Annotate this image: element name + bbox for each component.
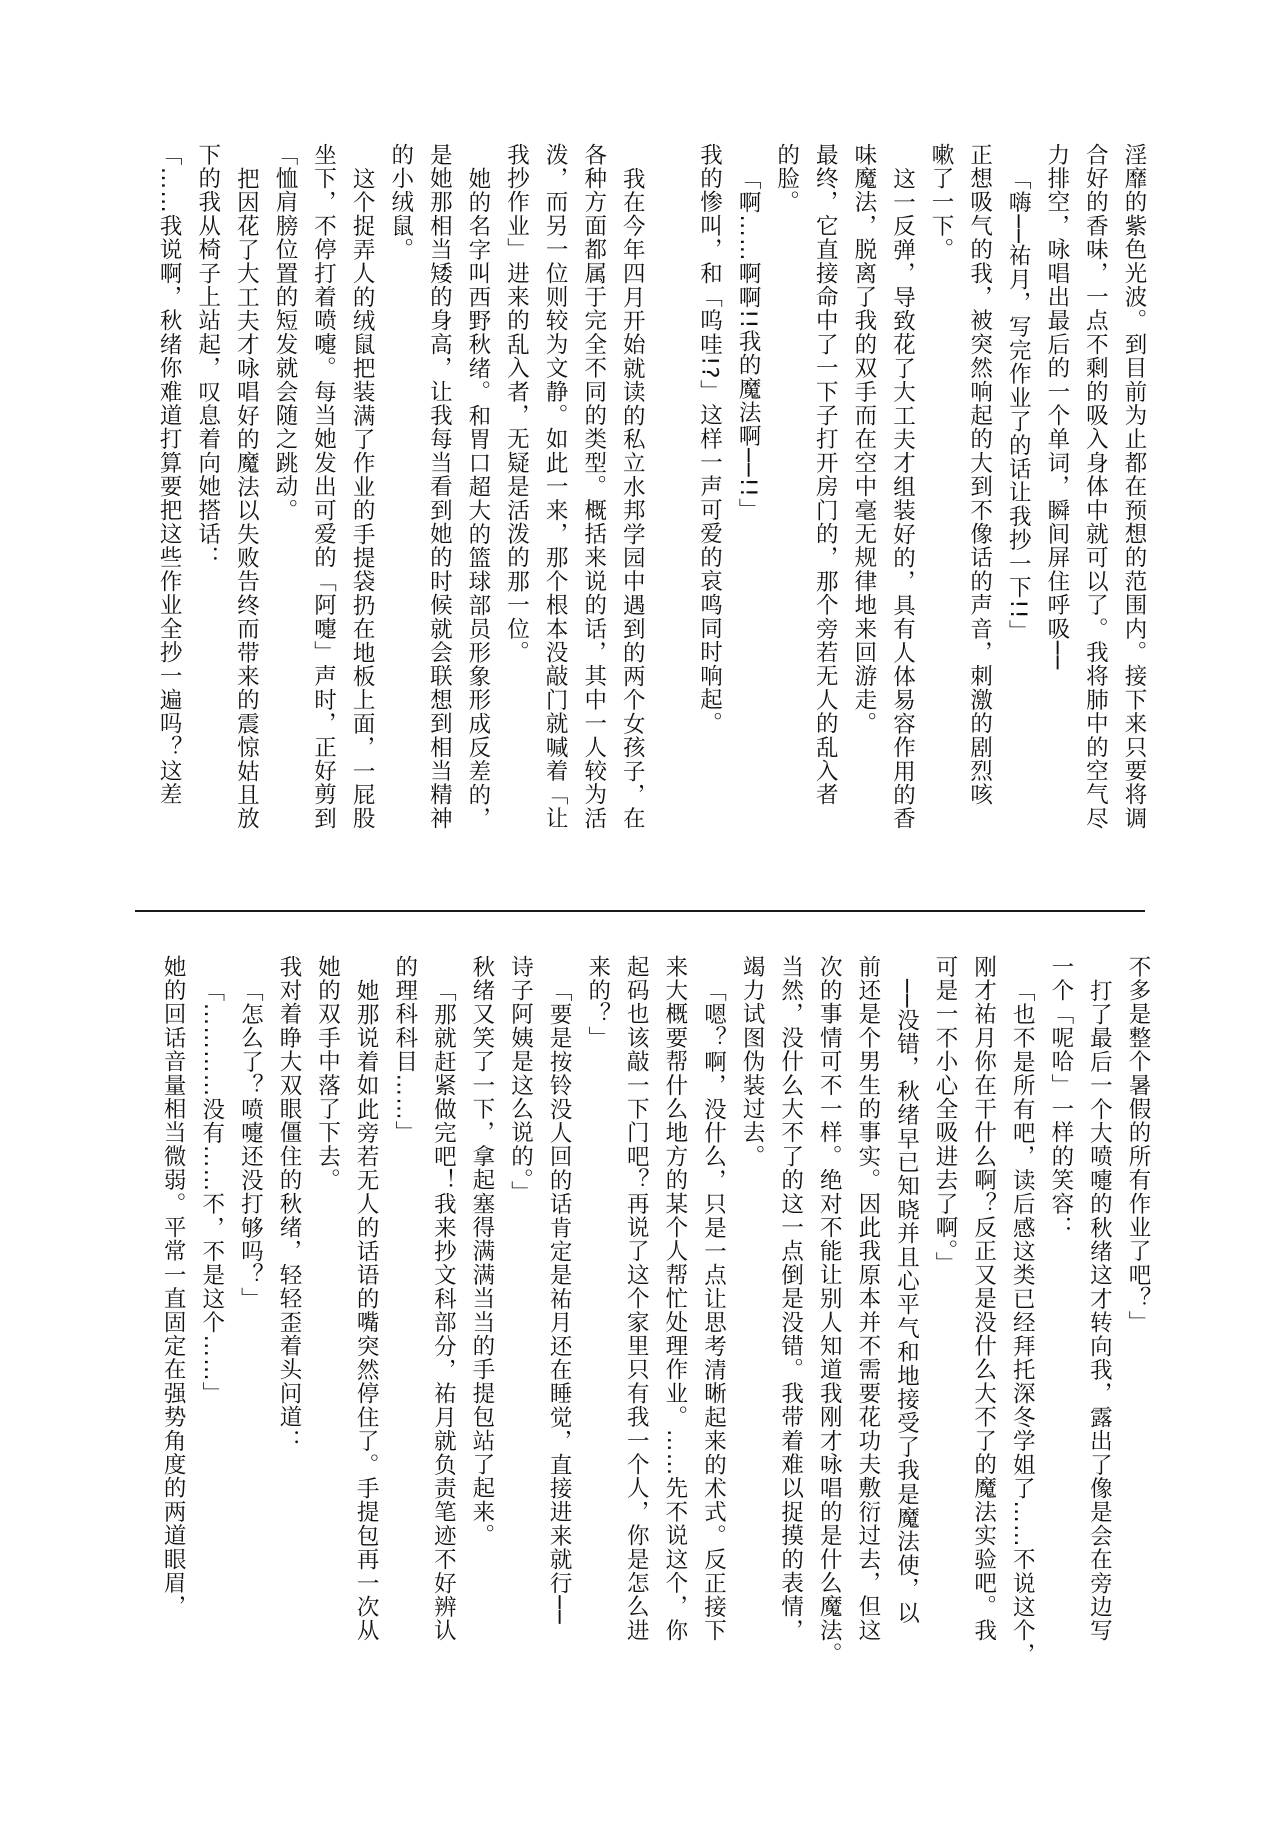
text-line: 这个捉弄人的绒鼠把装满了作业的手提袋扔在地板上面，一屁股 — [343, 143, 382, 873]
text-line: 坐下，不停打着喷嚏。每当她发出可爱的「阿嚏」声时，正好剪到 — [304, 143, 343, 873]
text-line: 可是一不小心全吸进去了啊。」 — [925, 955, 964, 1685]
dialogue-line: 「嗯？啊，没什么，只是一点让思考清晰起来的术式。反正接下 — [694, 955, 733, 1685]
document-page: 淫靡的紫色光波。到目前为止都在预想的范围内。接下来只要将调 合好的香味，一点不剩… — [0, 0, 1280, 1822]
text-line: 她的双手中落了下去。 — [308, 955, 347, 1685]
text-line: 我对着睁大双眼僵住的秋绪，轻轻歪着头问道： — [269, 955, 308, 1685]
text-line: 起码也该敲一下门吧？再说了这个家里只有我一个人，你是怎么进 — [617, 955, 656, 1685]
text-line: 来的？」 — [578, 955, 617, 1685]
dialogue-line: 「也不是所有吧，读后感这类已经拜托深冬学姐了……不说这个， — [1003, 955, 1042, 1685]
text-line: 最终，它直接命中了一下子打开房门的，那个旁若无人的乱入者 — [806, 143, 845, 873]
text-line: 一个「呢哈」一样的笑容： — [1041, 955, 1080, 1685]
dialogue-line: 「那就赶紧做完吧！我来抄文科部分，祐月就负责笔迹不好辨认 — [424, 955, 463, 1685]
dialogue-line: 「嗨──祐月，写完作业了的话让我抄一下!!」 — [999, 143, 1038, 873]
dialogue-line: 「…………没有……不，不是这个……」 — [192, 955, 231, 1685]
text-line: 力排空，咏唱出最后的一个单词，瞬间屏住呼吸── — [1037, 143, 1076, 873]
text-line: 我的惨叫，和「呜哇!?」这样一声可爱的哀鸣同时响起。 — [690, 143, 729, 873]
text-line: 刚才祐月你在干什么啊？反正又是没什么大不了的魔法实验吧。我 — [964, 955, 1003, 1685]
text-line: 不多是整个暑假的所有作业了吧？」 — [1118, 955, 1157, 1685]
dialogue-line: 「啊……啊啊!!我的魔法啊──!!」 — [728, 143, 767, 873]
text-line: 打了最后一个大喷嚏的秋绪这才转向我，露出了像是会在旁边写 — [1080, 955, 1119, 1685]
text-line: 「恤肩膀位置的短发就会随之跳动。 — [265, 143, 304, 873]
text-line: 她的回话音量相当微弱。平常一直固定在强势角度的两道眼眉， — [154, 955, 193, 1685]
text-line: 泼，而另一位则较为文静。如此一来，那个根本没敲门就喊着「让 — [536, 143, 575, 873]
text-line: 嗽了一下。 — [921, 143, 960, 873]
dialogue-line: 「怎么了？喷嚏还没打够吗？」 — [231, 955, 270, 1685]
text-line: 合好的香味，一点不剩的吸入身体中就可以了。我将肺中的空气尽 — [1076, 143, 1115, 873]
text-line: 诗子阿姨是这么说的。」 — [501, 955, 540, 1685]
section-divider — [135, 910, 1145, 912]
dialogue-line: 「……我说啊，秋绪你难道打算要把这些作业全抄一遍吗？这差 — [150, 143, 189, 873]
text-line: 淫靡的紫色光波。到目前为止都在预想的范围内。接下来只要将调 — [1114, 143, 1153, 873]
text-line: 她那说着如此旁若无人的话语的嘴突然停住了。手提包再一次从 — [347, 955, 386, 1685]
text-line: 次的事情可不一样。绝对不能让别人知道我刚才咏唱的是什么魔法。 — [810, 955, 849, 1685]
text-line: 秋绪又笑了一下，拿起塞得满满当当的手提包站了起来。 — [462, 955, 501, 1685]
text-block-bottom: 不多是整个暑假的所有作业了吧？」 打了最后一个大喷嚏的秋绪这才转向我，露出了像是… — [147, 955, 1157, 1685]
text-line: 是她那相当矮的身高，让我每当看到她的时候就会联想到相当精神 — [420, 143, 459, 873]
text-line: 的理科科目……」 — [385, 955, 424, 1685]
text-line: 当然，没什么大不了的这一点倒是没错。我带着难以捉摸的表情， — [771, 955, 810, 1685]
text-line: 竭力试图伪装过去。 — [732, 955, 771, 1685]
text-line: 来大概要帮什么地方的某个人帮忙处理作业。……先不说这个，你 — [655, 955, 694, 1685]
text-line: 下的我从椅子上站起，叹息着向她搭话： — [188, 143, 227, 873]
text-line: 正想吸气的我，被突然响起的大到不像话的声音，刺激的剧烈咳 — [960, 143, 999, 873]
text-line: 的脸。 — [767, 143, 806, 873]
blank-line — [651, 143, 690, 873]
text-line: 这一反弹，导致花了大工夫才组装好的，具有人体易容作用的香 — [883, 143, 922, 873]
text-line: 前还是个男生的事实。因此我原本并不需要花功夫敷衍过去，但这 — [848, 955, 887, 1685]
text-line: 的小绒鼠。 — [381, 143, 420, 873]
text-line: 把因花了大工夫才咏唱好的魔法以失败告终而带来的震惊姑且放 — [227, 143, 266, 873]
text-line: 我在今年四月开始就读的私立水邦学园中遇到的两个女孩子，在 — [613, 143, 652, 873]
text-line: ──没错，秋绪早已知晓并且心平气和地接受了我是魔法使，以 — [887, 955, 926, 1685]
dialogue-line: 「要是按铃没人回的话肯定是祐月还在睡觉，直接进来就行── — [540, 955, 579, 1685]
text-line: 各种方面都属于完全不同的类型。概括来说的话，其中一人较为活 — [574, 143, 613, 873]
text-block-top: 淫靡的紫色光波。到目前为止都在预想的范围内。接下来只要将调 合好的香味，一点不剩… — [143, 143, 1153, 873]
text-line: 我抄作业」进来的乱入者，无疑是活泼的那一位。 — [497, 143, 536, 873]
text-line: 她的名字叫西野秋绪。和胃口超大的篮球部员形象形成反差的， — [458, 143, 497, 873]
text-line: 味魔法，脱离了我的双手而在空中毫无规律地来回游走。 — [844, 143, 883, 873]
